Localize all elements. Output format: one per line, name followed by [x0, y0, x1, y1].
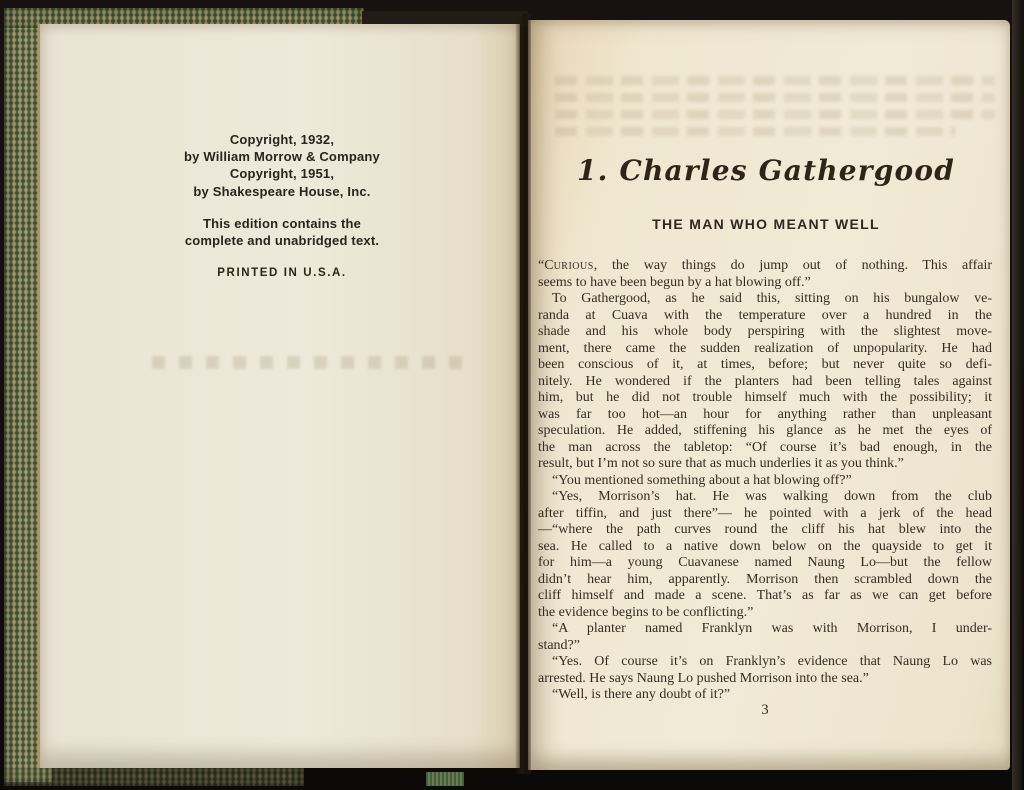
- body-line: —“where the path curves round the cliff …: [538, 522, 992, 539]
- body-line: “You mentioned something about a hat blo…: [538, 473, 992, 490]
- body-line: for him—a young Cuavanese named Naung Lo…: [538, 555, 992, 572]
- body-line: ment, there came the sudden realization …: [538, 341, 992, 358]
- body-line: randa at Cuava with the temperature over…: [538, 308, 992, 325]
- lead-small-caps: urious: [554, 258, 594, 273]
- page-gutter-shadow: [515, 14, 531, 774]
- body-line: cliff himself and made a scene. That’s a…: [538, 588, 992, 605]
- chapter-subtitle: THE MAN WHO MEANT WELL: [538, 216, 994, 232]
- book-photo: Copyright, 1932, by William Morrow & Com…: [0, 0, 1024, 790]
- edition-note: This edition contains the complete and u…: [82, 215, 482, 249]
- copyright-line: Copyright, 1932,: [82, 131, 482, 148]
- show-through-ghost-text: [152, 356, 464, 369]
- body-line: “Yes. Of course it’s on Franklyn’s evide…: [538, 654, 992, 671]
- cover-edge-right: [1012, 0, 1022, 790]
- body-line: sea. He called to a native down below on…: [538, 539, 992, 556]
- show-through-ghost-line: [555, 110, 995, 119]
- chapter-heading: 1. Charles Gathergood: [538, 154, 994, 187]
- show-through-ghost-line: [555, 127, 955, 136]
- body-line: nitely. He wondered if the planters had …: [538, 374, 992, 391]
- show-through-ghost-line: [555, 93, 995, 102]
- copyright-line: by William Morrow & Company: [82, 148, 482, 165]
- body-line: been conscious of it, at times, before; …: [538, 357, 992, 374]
- body-line: was far too hot—an hour for anything rat…: [538, 407, 992, 424]
- edition-line: complete and unabridged text.: [82, 232, 482, 249]
- body-line: result, but I’m not so sure that as much…: [538, 456, 992, 473]
- body-line: stand?”: [538, 638, 992, 655]
- body-line: “Curious, the way things do jump out of …: [538, 258, 992, 275]
- right-page: 1. Charles Gathergood THE MAN WHO MEANT …: [528, 20, 1010, 770]
- body-text: “Curious, the way things do jump out of …: [538, 258, 992, 704]
- body-line: shade and his whole body perspiring with…: [538, 324, 992, 341]
- edition-line: This edition contains the: [82, 215, 482, 232]
- body-line: arrested. He says Naung Lo pushed Morris…: [538, 671, 992, 688]
- copyright-line: by Shakespeare House, Inc.: [82, 183, 482, 200]
- left-page: Copyright, 1932, by William Morrow & Com…: [38, 24, 520, 768]
- copyright-block: Copyright, 1932, by William Morrow & Com…: [82, 131, 482, 282]
- lead-rest: , the way things do jump out of nothing.…: [594, 258, 992, 273]
- printed-in-usa-line: PRINTED IN U.S.A.: [82, 265, 482, 282]
- body-line: didn’t hear him, apparently. Morrison th…: [538, 572, 992, 589]
- lead-capital: “C: [538, 258, 554, 273]
- body-line: after tiffin, and just there”— he pointe…: [538, 506, 992, 523]
- body-line: To Gathergood, as he said this, sitting …: [538, 291, 992, 308]
- copyright-line: Copyright, 1951,: [82, 165, 482, 182]
- body-line: “A planter named Franklyn was with Morri…: [538, 621, 992, 638]
- show-through-ghost-line: [555, 76, 995, 85]
- page-number: 3: [538, 702, 992, 719]
- cloth-cover-bottom-edge: [4, 768, 304, 786]
- body-line: seems to have been begun by a hat blowin…: [538, 275, 992, 292]
- cloth-glimpse-bottom-center: [426, 772, 464, 786]
- body-line: the man across the tabletop: “Of course …: [538, 440, 992, 457]
- body-line: him, but he did not trouble himself much…: [538, 390, 992, 407]
- body-line: the evidence begins to be conflicting.”: [538, 605, 992, 622]
- body-line: speculation. He added, stiffening his gl…: [538, 423, 992, 440]
- body-line: “Yes, Morrison’s hat. He was walking dow…: [538, 489, 992, 506]
